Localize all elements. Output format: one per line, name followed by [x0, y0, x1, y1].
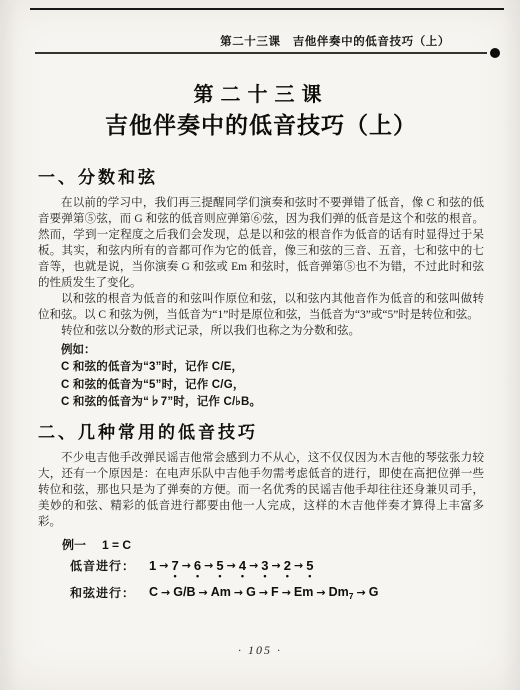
- chord-symbol: Dm7: [329, 585, 354, 600]
- bass-progression-row: 低音进行： 1 → 7• → 6• → 5• → 4• → 3• → 2• → …: [70, 558, 484, 579]
- chord-name: C: [149, 585, 158, 600]
- chord-name: F: [271, 585, 279, 600]
- bass-note: 5•: [216, 558, 223, 579]
- chord-extension: 7: [349, 592, 354, 600]
- key-signature: 1 = C: [102, 538, 131, 552]
- chord-symbol: Am: [211, 585, 231, 600]
- chord-symbol: C: [149, 585, 158, 600]
- lesson-name-title: 吉他伴奏中的低音技巧（上）: [38, 110, 484, 140]
- bass-note: 1: [149, 558, 156, 579]
- lesson-number-title: 第二十三课: [38, 82, 484, 108]
- running-header: 第二十三课 吉他伴奏中的低音技巧（上）: [40, 33, 450, 49]
- page-number: · 105 ·: [0, 643, 520, 658]
- right-arrow-icon: →: [199, 585, 208, 600]
- right-arrow-icon: →: [316, 585, 325, 600]
- example-1-label: 例一: [62, 538, 86, 552]
- bullet-dot-icon: [490, 48, 500, 58]
- right-arrow-icon: →: [161, 585, 170, 600]
- page-content: 第二十三课 吉他伴奏中的低音技巧（上） 一、分数和弦 在以前的学习中，我们再三提…: [38, 82, 484, 602]
- chord-example-line-1: C 和弦的低音为“3”时，记作 C/E，: [61, 359, 484, 377]
- running-header-text: 第二十三课 吉他伴奏中的低音技巧（上）: [220, 36, 450, 48]
- bass-note: 7•: [171, 558, 178, 579]
- chord-name: Dm: [329, 585, 349, 600]
- right-arrow-icon: →: [234, 585, 243, 600]
- chord-symbol: G/B: [173, 585, 195, 600]
- right-arrow-icon: →: [159, 558, 168, 573]
- chord-symbol: Em: [294, 585, 313, 600]
- chord-name: G/B: [173, 585, 195, 600]
- octave-dot-icon: •: [218, 573, 221, 579]
- chord-name: G: [369, 585, 379, 600]
- page-top-rule: [30, 8, 504, 10]
- bass-note: 2•: [284, 558, 291, 579]
- right-arrow-icon: →: [356, 585, 365, 600]
- chord-progression: C → G/B → Am → G → F → Em → Dm7 → G: [149, 585, 378, 600]
- chord-example-line-3: C 和弦的低音为“♭7”时，记作 C/♭B。: [61, 394, 484, 412]
- chord-progression-row: 和弦进行： C → G/B → Am → G → F → Em → Dm7 → …: [70, 585, 484, 602]
- chord-name: G: [246, 585, 256, 600]
- right-arrow-icon: →: [204, 558, 213, 573]
- bass-note: 4•: [239, 558, 246, 579]
- right-arrow-icon: →: [249, 558, 258, 573]
- chord-symbol: F: [271, 585, 279, 600]
- header-rule: [35, 52, 487, 54]
- octave-dot-icon: •: [196, 573, 199, 579]
- section-1-heading: 一、分数和弦: [38, 166, 484, 190]
- right-arrow-icon: →: [227, 558, 236, 573]
- section-1-paragraph-1: 在以前的学习中，我们再三提醒同学们演奏和弦时不要弹错了低音，像 C 和弦的低音要…: [38, 195, 484, 291]
- section-2-paragraph-1: 不少电吉他手改弹民谣吉他常会感到力不从心，这不仅仅因为木吉他的琴弦张力较大，还有…: [38, 450, 484, 530]
- bass-note: 3•: [261, 558, 268, 579]
- example-1-title: 例一1 = C: [62, 536, 484, 554]
- right-arrow-icon: →: [182, 558, 191, 573]
- section-1-paragraph-2: 以和弦的根音为低音的和弦叫作原位和弦，以和弦内其他音作为低音的和弦叫做转位和弦。…: [38, 291, 484, 323]
- right-arrow-icon: →: [282, 585, 291, 600]
- bass-progression: 1 → 7• → 6• → 5• → 4• → 3• → 2• → 5•: [149, 558, 313, 579]
- chord-name: Em: [294, 585, 313, 600]
- chord-symbol: G: [246, 585, 256, 600]
- octave-dot-icon: •: [263, 573, 266, 579]
- chord-symbol: G: [369, 585, 379, 600]
- bass-note: 5•: [306, 558, 313, 579]
- chord-example-line-2: C 和弦的低音为“5”时，记作 C/G，: [61, 377, 484, 395]
- octave-dot-icon: •: [174, 573, 177, 579]
- octave-dot-icon: •: [308, 573, 311, 579]
- octave-dot-icon: •: [286, 573, 289, 579]
- bass-note: 6•: [194, 558, 201, 579]
- section-2-heading: 二、几种常用的低音技巧: [38, 421, 484, 445]
- chord-progression-label: 和弦进行：: [70, 585, 135, 602]
- octave-dot-icon: •: [241, 573, 244, 579]
- example-intro-label: 例如：: [61, 342, 484, 359]
- chord-name: Am: [211, 585, 231, 600]
- right-arrow-icon: →: [294, 558, 303, 573]
- bass-note-number: 1: [149, 558, 156, 573]
- section-1-paragraph-3: 转位和弦以分数的形式记录，所以我们也称之为分数和弦。: [38, 323, 484, 339]
- bass-progression-label: 低音进行：: [70, 558, 135, 575]
- right-arrow-icon: →: [259, 585, 268, 600]
- right-arrow-icon: →: [272, 558, 281, 573]
- book-page: 第二十三课 吉他伴奏中的低音技巧（上） 第二十三课 吉他伴奏中的低音技巧（上） …: [0, 0, 520, 690]
